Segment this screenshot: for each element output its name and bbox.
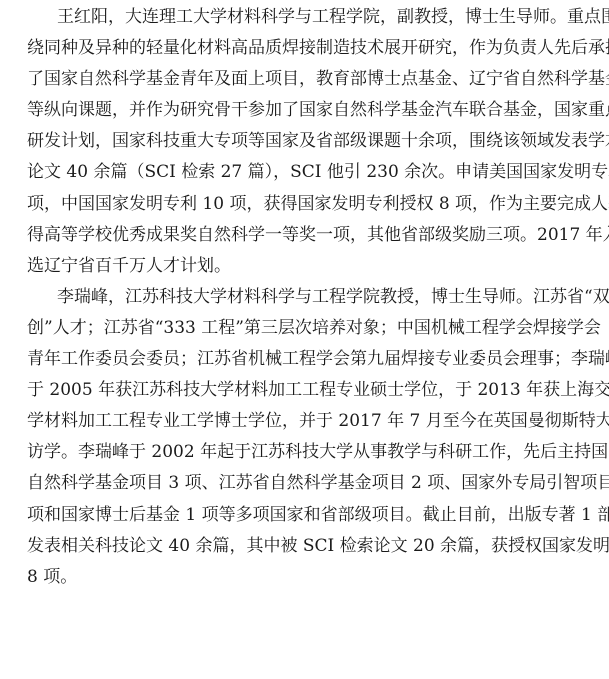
document-page: 王红阳，大连理工大学材料科学与工程学院，副教授，博士生导师。重点围 绕同种及异种…	[27, 2, 583, 593]
text-line: 研发计划，国家科技重大专项等国家及省部级课题十余项，围绕该领域发表学术	[27, 126, 583, 157]
text-line: 选辽宁省百千万人才计划。	[27, 251, 583, 282]
paragraph-wang-hongyang-bio: 王红阳，大连理工大学材料科学与工程学院，副教授，博士生导师。重点围 绕同种及异种…	[27, 2, 583, 282]
text-line: 于 2005 年获江苏科技大学材料加工工程专业硕士学位，于 2013 年获上海交…	[27, 375, 583, 406]
text-line: 项和国家博士后基金 1 项等多项国家和省部级项目。截止目前，出版专著 1 部，	[27, 500, 583, 531]
text-line: 等纵向课题，并作为研究骨干参加了国家自然科学基金汽车联合基金，国家重点	[27, 95, 583, 126]
text-line: 了国家自然科学基金青年及面上项目，教育部博士点基金、辽宁省自然科学基金	[27, 64, 583, 95]
text-line: 青年工作委员会委员；江苏省机械工程学会第九届焊接专业委员会理事；李瑞峰	[27, 344, 583, 375]
text-line: 论文 40 余篇（SCI 检索 27 篇），SCI 他引 230 余次。申请美国…	[27, 157, 583, 188]
text-line: 得高等学校优秀成果奖自然科学一等奖一项，其他省部级奖励三项。2017 年入	[27, 220, 583, 251]
text-line: 李瑞峰，江苏科技大学材料科学与工程学院教授，博士生导师。江苏省“双	[27, 282, 583, 313]
text-line: 自然科学基金项目 3 项、江苏省自然科学基金项目 2 项、国家外专局引智项目 3	[27, 468, 583, 499]
text-line: 访学。李瑞峰于 2002 年起于江苏科技大学从事教学与科研工作，先后主持国家	[27, 437, 583, 468]
text-line: 绕同种及异种的轻量化材料高品质焊接制造技术展开研究，作为负责人先后承担	[27, 33, 583, 64]
text-line: 学材料加工工程专业工学博士学位，并于 2017 年 7 月至今在英国曼彻斯特大学	[27, 406, 583, 437]
text-line: 王红阳，大连理工大学材料科学与工程学院，副教授，博士生导师。重点围	[27, 2, 583, 33]
text-line: 项，中国国家发明专利 10 项，获得国家发明专利授权 8 项，作为主要完成人获	[27, 189, 583, 220]
text-line: 8 项。	[27, 562, 583, 593]
paragraph-li-ruifeng-bio: 李瑞峰，江苏科技大学材料科学与工程学院教授，博士生导师。江苏省“双 创”人才；江…	[27, 282, 583, 593]
text-line: 创”人才；江苏省“333 工程”第三层次培养对象；中国机械工程学会焊接学会	[27, 313, 583, 344]
text-line: 发表相关科技论文 40 余篇，其中被 SCI 检索论文 20 余篇，获授权国家发…	[27, 531, 583, 562]
